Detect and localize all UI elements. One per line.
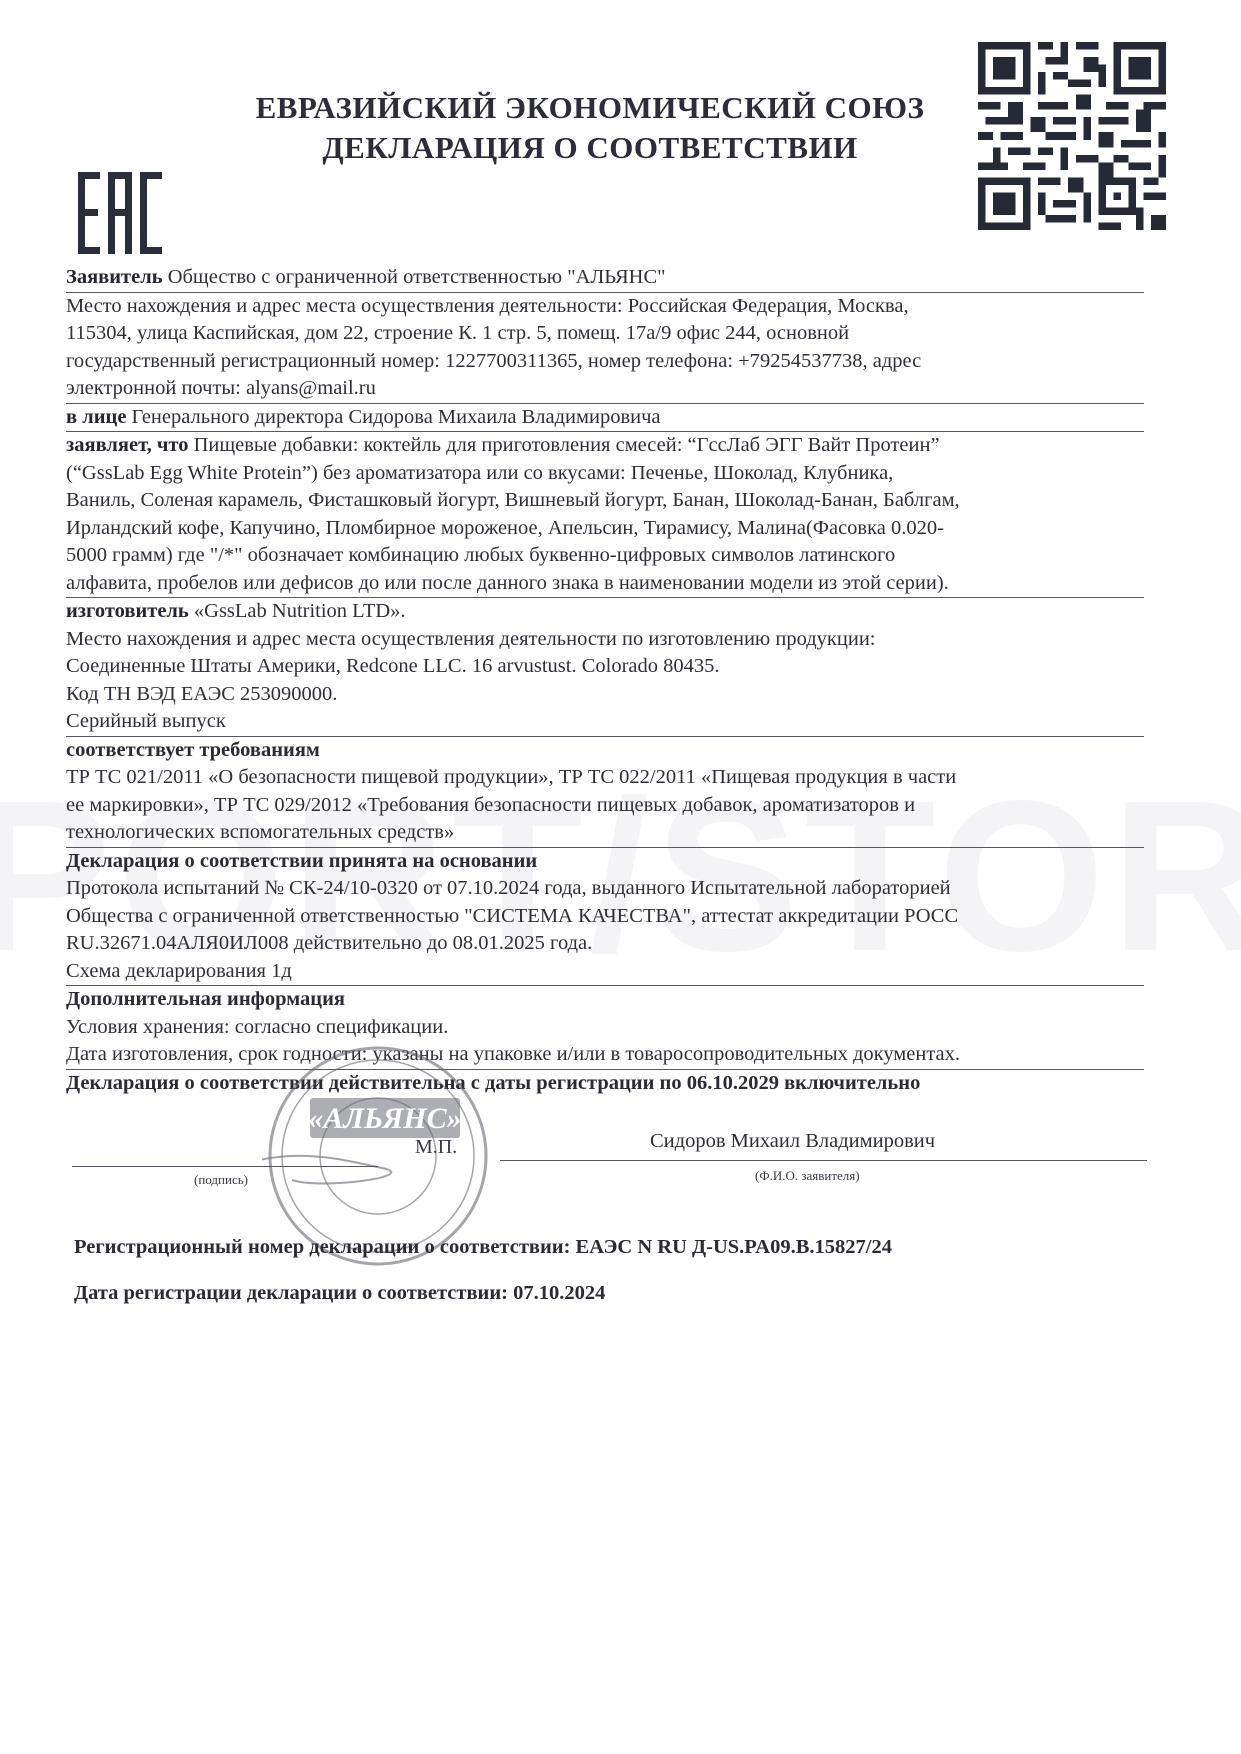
title-union: ЕВРАЗИЙСКИЙ ЭКОНОМИЧЕСКИЙ СОЮЗ — [210, 88, 970, 128]
basis-line: Протокола испытаний № СК-24/10-0320 от 0… — [66, 875, 1144, 903]
applicant-row: Заявитель Общество с ограниченной ответс… — [66, 264, 1144, 293]
manufacturer-line: Место нахождения и адрес места осуществл… — [66, 626, 1144, 654]
regulation-line: технологических вспомогательных средств» — [66, 819, 1144, 848]
product-line: алфавита, пробелов или дефисов до или по… — [66, 570, 1144, 599]
applicant-email-line: электронной почты: alyans@mail.ru — [66, 375, 1144, 404]
declares-label: заявляет, что — [66, 434, 188, 456]
basis-line: Общества с ограниченной ответственностью… — [66, 903, 1144, 931]
manufacturer-label: изготовитель — [66, 600, 189, 622]
applicant-label: Заявитель — [66, 266, 163, 288]
representative-row: в лице Генерального директора Сидорова М… — [66, 404, 1144, 433]
applicant-value: Общество с ограниченной ответственностью… — [168, 266, 666, 288]
qr-code-icon — [978, 42, 1166, 230]
registration-number: Регистрационный номер декларации о соотв… — [74, 1236, 892, 1259]
serial-release-line: Серийный выпуск — [66, 708, 1144, 737]
seal-label: М.П. — [415, 1136, 457, 1159]
representative-value: Генерального директора Сидорова Михаила … — [132, 406, 661, 428]
eac-mark-icon — [78, 170, 164, 256]
basis-line: RU.32671.04АЛЯ0ИЛ008 действительно до 08… — [66, 930, 1144, 958]
applicant-address-line: Место нахождения и адрес места осуществл… — [66, 293, 1144, 321]
name-caption: (Ф.И.О. заявителя) — [755, 1168, 860, 1184]
hs-code-line: Код ТН ВЭД ЕАЭС 253090000. — [66, 681, 1144, 709]
additional-label: Дополнительная информация — [66, 986, 1144, 1014]
manufacturer-line: Соединенные Штаты Америки, Redcone LLC. … — [66, 653, 1144, 681]
applicant-address-line: государственный регистрационный номер: 1… — [66, 348, 1144, 376]
representative-label: в лице — [66, 406, 126, 428]
registration-date: Дата регистрации декларации о соответств… — [74, 1282, 605, 1305]
production-date-line: Дата изготовления, срок годности: указан… — [66, 1041, 1144, 1070]
applicant-full-name: Сидоров Михаил Владимирович — [650, 1130, 935, 1153]
manufacturer-row: изготовитель «GssLab Nutrition LTD». — [66, 598, 1144, 626]
scheme-line: Схема декларирования 1д — [66, 958, 1144, 987]
basis-label: Декларация о соответствии принята на осн… — [66, 848, 1144, 876]
signature-caption: (подпись) — [194, 1172, 248, 1188]
signature-block: (подпись) М.П. Сидоров Михаил Владимиров… — [72, 1120, 1147, 1200]
title-declaration: ДЕКЛАРАЦИЯ О СООТВЕТСТВИИ — [210, 128, 970, 168]
product-line: 5000 грамм) где "/*" обозначает комбинац… — [66, 542, 1144, 570]
regulation-line: ее маркировки», ТР ТС 029/2012 «Требован… — [66, 792, 1144, 820]
storage-line: Условия хранения: согласно спецификации. — [66, 1014, 1144, 1042]
document-title: ЕВРАЗИЙСКИЙ ЭКОНОМИЧЕСКИЙ СОЮЗ ДЕКЛАРАЦИ… — [210, 88, 970, 168]
name-line — [500, 1160, 1147, 1161]
signature-line — [72, 1166, 378, 1167]
declares-row: заявляет, что Пищевые добавки: коктейль … — [66, 432, 1144, 460]
applicant-address-line: 115304, улица Каспийская, дом 22, строен… — [66, 320, 1144, 348]
manufacturer-value: «GssLab Nutrition LTD». — [194, 600, 406, 622]
declares-first-line: Пищевые добавки: коктейль для приготовле… — [194, 434, 940, 456]
declaration-body: Заявитель Общество с ограниченной ответс… — [66, 264, 1144, 1097]
validity-line: Декларация о соответствии действительна … — [66, 1070, 1144, 1098]
product-line: Ирландский кофе, Капучино, Пломбирное мо… — [66, 515, 1144, 543]
product-line: Ваниль, Соленая карамель, Фисташковый йо… — [66, 487, 1144, 515]
regulation-line: ТР ТС 021/2011 «О безопасности пищевой п… — [66, 764, 1144, 792]
product-line: (“GssLab Egg White Protein”) без аромати… — [66, 460, 1144, 488]
conforms-label: соответствует требованиям — [66, 737, 1144, 765]
